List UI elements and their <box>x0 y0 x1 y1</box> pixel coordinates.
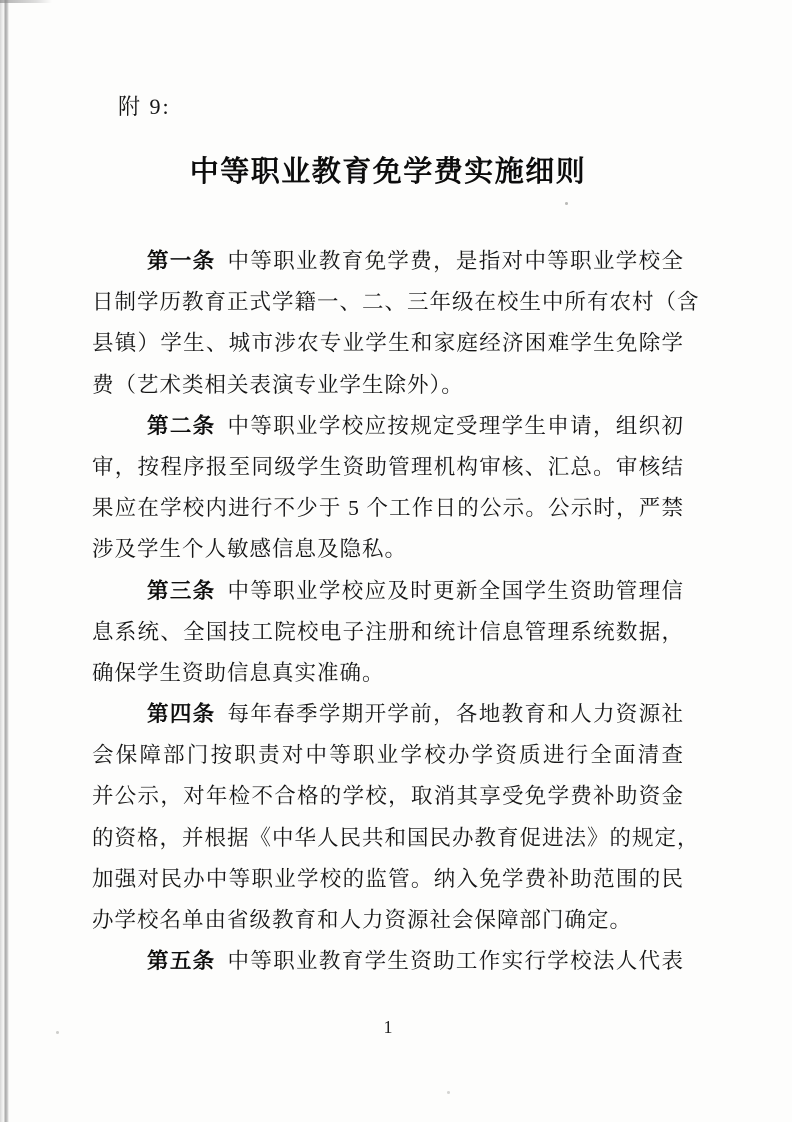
text-line: 息系统、全国技工院校电子注册和统计信息管理系统数据， <box>92 612 684 653</box>
text-line: 确保学生资助信息真实准确。 <box>92 653 684 694</box>
document-page: 附 9: 中等职业教育免学费实施细则 第一条中等职业教育免学费，是指对中等职业学… <box>0 0 792 1122</box>
scan-speckle <box>565 202 568 205</box>
text-line: 第二条中等职业学校应按规定受理学生申请，组织初 <box>92 406 684 447</box>
article-number: 第二条 <box>147 414 216 438</box>
text-line: 涉及学生个人敏感信息及隐私。 <box>92 529 684 570</box>
text-line: 第五条中等职业教育学生资助工作实行学校法人代表 <box>92 941 684 982</box>
text-line: 果应在学校内进行不少于 5 个工作日的公示。公示时，严禁 <box>92 488 684 529</box>
page-title: 中等职业教育免学费实施细则 <box>92 149 684 190</box>
text-line: 办学校名单由省级教育和人力资源社会保障部门确定。 <box>92 900 684 941</box>
attachment-label: 附 9: <box>118 90 171 121</box>
text-line: 并公示，对年检不合格的学校，取消其享受免学费补助资金 <box>92 776 684 817</box>
article-list: 第一条中等职业教育免学费，是指对中等职业学校全日制学历教育正式学籍一、二、三年级… <box>92 241 684 982</box>
text-line: 加强对民办中等职业学校的监管。纳入免学费补助范围的民 <box>92 859 684 900</box>
article-text: 中等职业学校应及时更新全国学生资助管理信 <box>228 579 684 603</box>
article-number: 第一条 <box>147 249 216 273</box>
text-line: 第四条每年春季学期开学前，各地教育和人力资源社 <box>92 694 684 735</box>
article-text: 中等职业教育学生资助工作实行学校法人代表 <box>228 949 684 973</box>
article-number: 第五条 <box>147 949 216 973</box>
text-line: 县镇）学生、城市涉农专业学生和家庭经济困难学生免除学 <box>92 323 684 364</box>
page-number: 1 <box>92 1017 684 1038</box>
article-text: 每年春季学期开学前，各地教育和人力资源社 <box>228 702 684 726</box>
text-line: 日制学历教育正式学籍一、二、三年级在校生中所有农村（含 <box>92 282 684 323</box>
text-line: 第一条中等职业教育免学费，是指对中等职业学校全 <box>92 241 684 282</box>
scan-corner-artifact <box>0 0 52 3</box>
scan-edge-artifact <box>0 0 9 1122</box>
text-line: 的资格，并根据《中华人民共和国民办教育促进法》的规定， <box>92 818 684 859</box>
article-number: 第三条 <box>147 579 216 603</box>
article-text: 中等职业教育免学费，是指对中等职业学校全 <box>228 249 684 273</box>
article-number: 第四条 <box>147 702 216 726</box>
text-line: 第三条中等职业学校应及时更新全国学生资助管理信 <box>92 571 684 612</box>
scan-speckle <box>56 1031 59 1034</box>
text-line: 审，按程序报至同级学生资助管理机构审核、汇总。审核结 <box>92 447 684 488</box>
article-text: 中等职业学校应按规定受理学生申请，组织初 <box>228 414 684 438</box>
scan-speckle <box>447 1091 450 1094</box>
text-line: 会保障部门按职责对中等职业学校办学资质进行全面清查 <box>92 735 684 776</box>
text-line: 费（艺术类相关表演专业学生除外）。 <box>92 365 684 406</box>
